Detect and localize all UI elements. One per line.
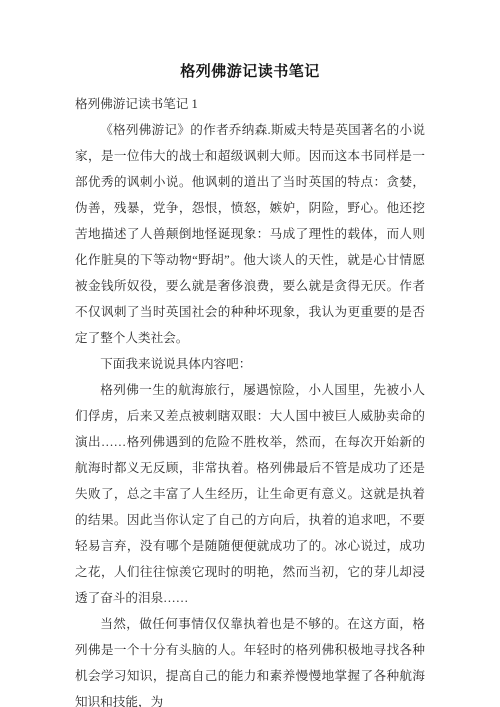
paragraph-conclusion: 当然，做任何事情仅仅靠执着也是不够的。在这方面，格列佛是一个十分有头脑的人。年轻… (75, 611, 425, 707)
paragraph-author-intro: 《格列佛游记》的作者乔纳森.斯威夫特是英国著名的小说家，是一位伟大的战士和超级讽… (75, 117, 425, 351)
paragraph-voyages: 格列佛一生的航海旅行，屡遇惊险，小人国里，先被小人们俘虏，后来又差点被刺瞎双眼：… (75, 377, 425, 611)
paragraph-transition: 下面我来说说具体内容吧： (75, 351, 425, 377)
document-title: 格列佛游记读书笔记 (75, 60, 425, 84)
document-page: 格列佛游记读书笔记 格列佛游记读书笔记 1 《格列佛游记》的作者乔纳森.斯威夫特… (0, 0, 500, 707)
section-heading: 格列佛游记读书笔记 1 (75, 91, 425, 117)
